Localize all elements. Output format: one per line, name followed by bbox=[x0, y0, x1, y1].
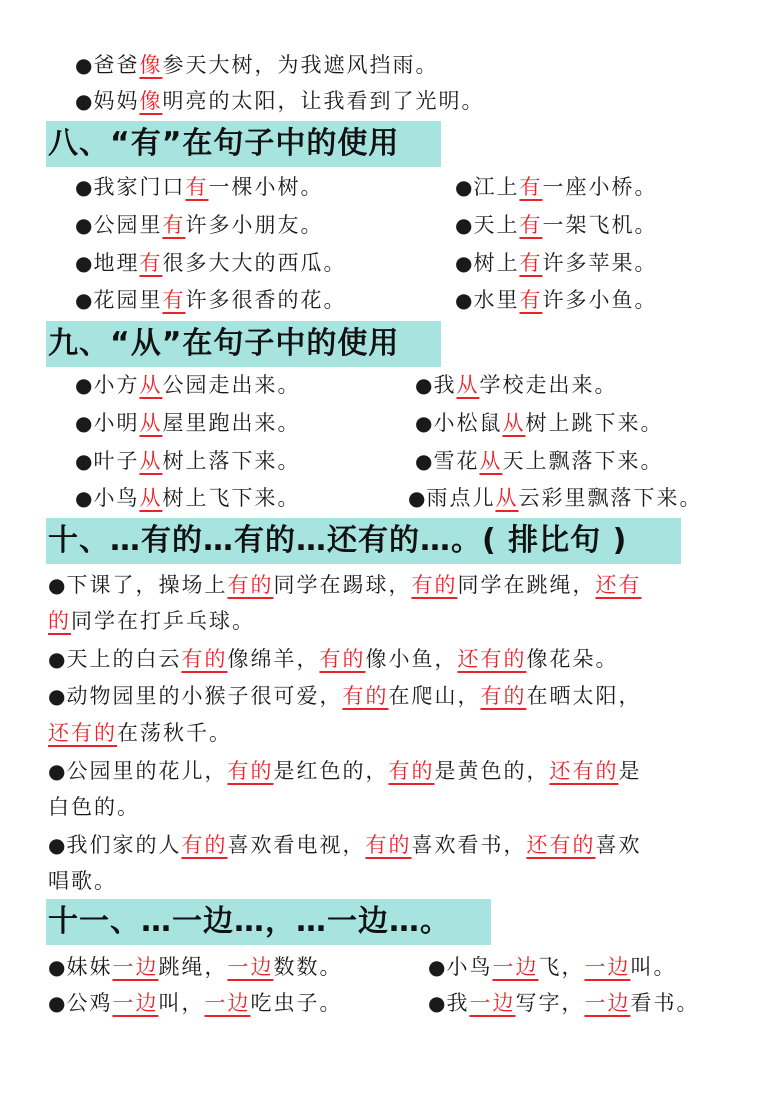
highlighted-keyword: 还有的 bbox=[48, 721, 117, 745]
bullet-icon: ● bbox=[455, 213, 472, 237]
sentence-text: 小方 bbox=[93, 373, 139, 397]
sentence-text: 雨点儿 bbox=[426, 486, 495, 510]
sentence-text: 写字， bbox=[515, 991, 584, 1015]
bullet-icon: ● bbox=[48, 647, 65, 671]
highlighted-keyword: 有的 bbox=[227, 759, 273, 783]
sentence-text: 喜欢看书， bbox=[411, 833, 526, 857]
highlighted-keyword: 有 bbox=[162, 213, 185, 237]
sentence-text: 像花朵。 bbox=[526, 647, 618, 671]
example-sentence: ●江上有一座小桥。 bbox=[455, 172, 657, 202]
sentence-text: 一棵小树。 bbox=[208, 175, 323, 199]
example-sentence: ●我一边写字，一边看书。 bbox=[428, 988, 699, 1018]
example-sentence: ●爸爸像参天大树，为我遮风挡雨。 bbox=[75, 50, 438, 80]
highlighted-keyword: 一边 bbox=[492, 955, 538, 979]
sentence-text: 参天大树，为我遮风挡雨。 bbox=[162, 53, 438, 77]
example-sentence: ●小鸟一边飞，一边叫。 bbox=[428, 952, 676, 982]
highlighted-keyword: 有 bbox=[519, 288, 542, 312]
sentence-text: 许多苹果。 bbox=[542, 251, 657, 275]
sentence-text: 是黄色的， bbox=[434, 759, 549, 783]
highlighted-keyword: 一边 bbox=[112, 991, 158, 1015]
sentence-text: 小明 bbox=[93, 411, 139, 435]
worksheet-page: 八、“有”在句子中的使用 九、“从”在句子中的使用 十、…有的…有的…还有的…。… bbox=[0, 0, 780, 1103]
highlighted-keyword: 有 bbox=[519, 213, 542, 237]
bullet-icon: ● bbox=[428, 991, 445, 1015]
sentence-text: 我 bbox=[433, 373, 456, 397]
example-sentence: ●我们家的人有的喜欢看电视，有的喜欢看书，还有的喜欢 bbox=[48, 830, 641, 860]
example-sentence: ●树上有许多苹果。 bbox=[455, 248, 657, 278]
bullet-icon: ● bbox=[455, 251, 472, 275]
bullet-icon: ● bbox=[455, 175, 472, 199]
sentence-text: 许多小鱼。 bbox=[542, 288, 657, 312]
section-heading-yibian: 十一、…一边…，…一边…。 bbox=[46, 899, 491, 945]
sentence-text: 花园里 bbox=[93, 288, 162, 312]
example-sentence: 还有的在荡秋千。 bbox=[48, 718, 232, 748]
bullet-icon: ● bbox=[48, 833, 65, 857]
bullet-icon: ● bbox=[75, 213, 92, 237]
bullet-icon: ● bbox=[415, 411, 432, 435]
sentence-text: 喜欢看电视， bbox=[227, 833, 365, 857]
bullet-icon: ● bbox=[75, 373, 92, 397]
sentence-text: 爸爸 bbox=[93, 53, 139, 77]
example-sentence: ●雪花从天上飘落下来。 bbox=[415, 446, 663, 476]
highlighted-keyword: 还有的 bbox=[457, 647, 526, 671]
sentence-text: 天上的白云 bbox=[66, 647, 181, 671]
highlighted-keyword: 有的 bbox=[365, 833, 411, 857]
sentence-text: 数数。 bbox=[273, 955, 342, 979]
highlighted-keyword: 有的 bbox=[342, 684, 388, 708]
sentence-text: 同学在踢球， bbox=[273, 573, 411, 597]
example-sentence: ●地理有很多大大的西瓜。 bbox=[75, 248, 346, 278]
sentence-text: 小鸟 bbox=[93, 486, 139, 510]
highlighted-keyword: 一边 bbox=[469, 991, 515, 1015]
highlighted-keyword: 还有的 bbox=[526, 833, 595, 857]
example-sentence: ●雨点儿从云彩里飘落下来。 bbox=[408, 483, 702, 513]
sentence-text: 飞， bbox=[538, 955, 584, 979]
bullet-icon: ● bbox=[408, 486, 425, 510]
sentence-text: 许多小朋友。 bbox=[185, 213, 323, 237]
sentence-text: 看书。 bbox=[630, 991, 699, 1015]
highlighted-keyword: 有 bbox=[519, 251, 542, 275]
sentence-text: 一架飞机。 bbox=[542, 213, 657, 237]
sentence-text: 许多很香的花。 bbox=[185, 288, 346, 312]
sentence-text: 树上飞下来。 bbox=[162, 486, 300, 510]
highlighted-keyword: 有 bbox=[139, 251, 162, 275]
highlighted-keyword: 像 bbox=[139, 53, 162, 77]
example-sentence: ●我家门口有一棵小树。 bbox=[75, 172, 323, 202]
highlighted-keyword: 还有的 bbox=[549, 759, 618, 783]
example-sentence: ●妈妈像明亮的太阳，让我看到了光明。 bbox=[75, 86, 484, 116]
sentence-text: 树上落下来。 bbox=[162, 449, 300, 473]
example-sentence: 白色的。 bbox=[48, 792, 140, 822]
highlighted-keyword: 有 bbox=[185, 175, 208, 199]
sentence-text: 妈妈 bbox=[93, 89, 139, 113]
bullet-icon: ● bbox=[48, 955, 65, 979]
highlighted-keyword: 从 bbox=[139, 449, 162, 473]
bullet-icon: ● bbox=[75, 89, 92, 113]
highlighted-keyword: 有的 bbox=[181, 833, 227, 857]
example-sentence: ●动物园里的小猴子很可爱，有的在爬山，有的在晒太阳， bbox=[48, 681, 641, 711]
sentence-text: 同学在跳绳， bbox=[457, 573, 595, 597]
section-heading-you: 八、“有”在句子中的使用 bbox=[46, 121, 441, 167]
sentence-text: 叫。 bbox=[630, 955, 676, 979]
sentence-text: 学校走出来。 bbox=[479, 373, 617, 397]
example-sentence: ●公园里的花儿，有的是红色的，有的是黄色的，还有的是 bbox=[48, 756, 641, 786]
sentence-text: 小松鼠 bbox=[433, 411, 502, 435]
highlighted-keyword: 从 bbox=[139, 486, 162, 510]
example-sentence: ●小明从屋里跑出来。 bbox=[75, 408, 300, 438]
sentence-text: 在荡秋千。 bbox=[117, 721, 232, 745]
sentence-text: 明亮的太阳，让我看到了光明。 bbox=[162, 89, 484, 113]
sentence-text: 树上 bbox=[473, 251, 519, 275]
example-sentence: ●叶子从树上落下来。 bbox=[75, 446, 300, 476]
example-sentence: 唱歌。 bbox=[48, 866, 117, 896]
example-sentence: ●小方从公园走出来。 bbox=[75, 370, 300, 400]
sentence-text: 屋里跑出来。 bbox=[162, 411, 300, 435]
example-sentence: ●水里有许多小鱼。 bbox=[455, 285, 657, 315]
sentence-text: 小鸟 bbox=[446, 955, 492, 979]
highlighted-keyword: 有的 bbox=[411, 573, 457, 597]
bullet-icon: ● bbox=[48, 991, 65, 1015]
example-sentence: ●花园里有许多很香的花。 bbox=[75, 285, 346, 315]
example-sentence: ●小鸟从树上飞下来。 bbox=[75, 483, 300, 513]
sentence-text: 我 bbox=[446, 991, 469, 1015]
example-sentence: ●下课了，操场上有的同学在踢球，有的同学在跳绳，还有 bbox=[48, 570, 641, 600]
sentence-text: 公鸡 bbox=[66, 991, 112, 1015]
section-heading-cong: 九、“从”在句子中的使用 bbox=[46, 321, 441, 367]
sentence-text: 天上飘落下来。 bbox=[502, 449, 663, 473]
highlighted-keyword: 从 bbox=[479, 449, 502, 473]
bullet-icon: ● bbox=[455, 288, 472, 312]
section-heading-youde: 十、…有的…有的…还有的…。( 排比句 ) bbox=[46, 518, 681, 564]
sentence-text: 很多大大的西瓜。 bbox=[162, 251, 346, 275]
sentence-text: 像小鱼， bbox=[365, 647, 457, 671]
sentence-text: 树上跳下来。 bbox=[525, 411, 663, 435]
highlighted-keyword: 有 bbox=[162, 288, 185, 312]
bullet-icon: ● bbox=[415, 373, 432, 397]
bullet-icon: ● bbox=[75, 175, 92, 199]
highlighted-keyword: 从 bbox=[495, 486, 518, 510]
sentence-text: 公园里的花儿， bbox=[66, 759, 227, 783]
highlighted-keyword: 从 bbox=[139, 411, 162, 435]
bullet-icon: ● bbox=[48, 684, 65, 708]
bullet-icon: ● bbox=[75, 251, 92, 275]
bullet-icon: ● bbox=[415, 449, 432, 473]
sentence-text: 跳绳， bbox=[158, 955, 227, 979]
highlighted-keyword: 一边 bbox=[227, 955, 273, 979]
sentence-text: 在晒太阳， bbox=[526, 684, 641, 708]
sentence-text: 我家门口 bbox=[93, 175, 185, 199]
sentence-text: 是 bbox=[618, 759, 641, 783]
sentence-text: 天上 bbox=[473, 213, 519, 237]
highlighted-keyword: 一边 bbox=[584, 955, 630, 979]
sentence-text: 唱歌。 bbox=[48, 869, 117, 893]
highlighted-keyword: 从 bbox=[456, 373, 479, 397]
example-sentence: ●天上有一架飞机。 bbox=[455, 210, 657, 240]
example-sentence: ●公鸡一边叫，一边吃虫子。 bbox=[48, 988, 342, 1018]
bullet-icon: ● bbox=[428, 955, 445, 979]
sentence-text: 是红色的， bbox=[273, 759, 388, 783]
highlighted-keyword: 从 bbox=[502, 411, 525, 435]
highlighted-keyword: 还有 bbox=[595, 573, 641, 597]
sentence-text: 吃虫子。 bbox=[250, 991, 342, 1015]
sentence-text: 像绵羊， bbox=[227, 647, 319, 671]
bullet-icon: ● bbox=[75, 288, 92, 312]
highlighted-keyword: 从 bbox=[139, 373, 162, 397]
sentence-text: 下课了，操场上 bbox=[66, 573, 227, 597]
highlighted-keyword: 一边 bbox=[584, 991, 630, 1015]
sentence-text: 妹妹 bbox=[66, 955, 112, 979]
sentence-text: 动物园里的小猴子很可爱， bbox=[66, 684, 342, 708]
sentence-text: 喜欢 bbox=[595, 833, 641, 857]
highlighted-keyword: 有的 bbox=[181, 647, 227, 671]
example-sentence: ●天上的白云有的像绵羊，有的像小鱼，还有的像花朵。 bbox=[48, 644, 618, 674]
highlighted-keyword: 一边 bbox=[112, 955, 158, 979]
sentence-text: 在爬山， bbox=[388, 684, 480, 708]
example-sentence: ●我从学校走出来。 bbox=[415, 370, 617, 400]
bullet-icon: ● bbox=[75, 486, 92, 510]
highlighted-keyword: 有 bbox=[519, 175, 542, 199]
highlighted-keyword: 有的 bbox=[227, 573, 273, 597]
highlighted-keyword: 有的 bbox=[319, 647, 365, 671]
highlighted-keyword: 的 bbox=[48, 609, 71, 633]
bullet-icon: ● bbox=[75, 449, 92, 473]
example-sentence: ●小松鼠从树上跳下来。 bbox=[415, 408, 663, 438]
example-sentence: ●公园里有许多小朋友。 bbox=[75, 210, 323, 240]
bullet-icon: ● bbox=[75, 53, 92, 77]
example-sentence: 的同学在打乒乓球。 bbox=[48, 606, 255, 636]
highlighted-keyword: 像 bbox=[139, 89, 162, 113]
sentence-text: 水里 bbox=[473, 288, 519, 312]
highlighted-keyword: 有的 bbox=[480, 684, 526, 708]
sentence-text: 雪花 bbox=[433, 449, 479, 473]
sentence-text: 白色的。 bbox=[48, 795, 140, 819]
highlighted-keyword: 有的 bbox=[388, 759, 434, 783]
sentence-text: 公园里 bbox=[93, 213, 162, 237]
sentence-text: 一座小桥。 bbox=[542, 175, 657, 199]
sentence-text: 叶子 bbox=[93, 449, 139, 473]
example-sentence: ●妹妹一边跳绳，一边数数。 bbox=[48, 952, 342, 982]
sentence-text: 江上 bbox=[473, 175, 519, 199]
sentence-text: 公园走出来。 bbox=[162, 373, 300, 397]
bullet-icon: ● bbox=[75, 411, 92, 435]
sentence-text: 地理 bbox=[93, 251, 139, 275]
sentence-text: 我们家的人 bbox=[66, 833, 181, 857]
sentence-text: 同学在打乒乓球。 bbox=[71, 609, 255, 633]
sentence-text: 叫， bbox=[158, 991, 204, 1015]
highlighted-keyword: 一边 bbox=[204, 991, 250, 1015]
bullet-icon: ● bbox=[48, 759, 65, 783]
bullet-icon: ● bbox=[48, 573, 65, 597]
sentence-text: 云彩里飘落下来。 bbox=[518, 486, 702, 510]
